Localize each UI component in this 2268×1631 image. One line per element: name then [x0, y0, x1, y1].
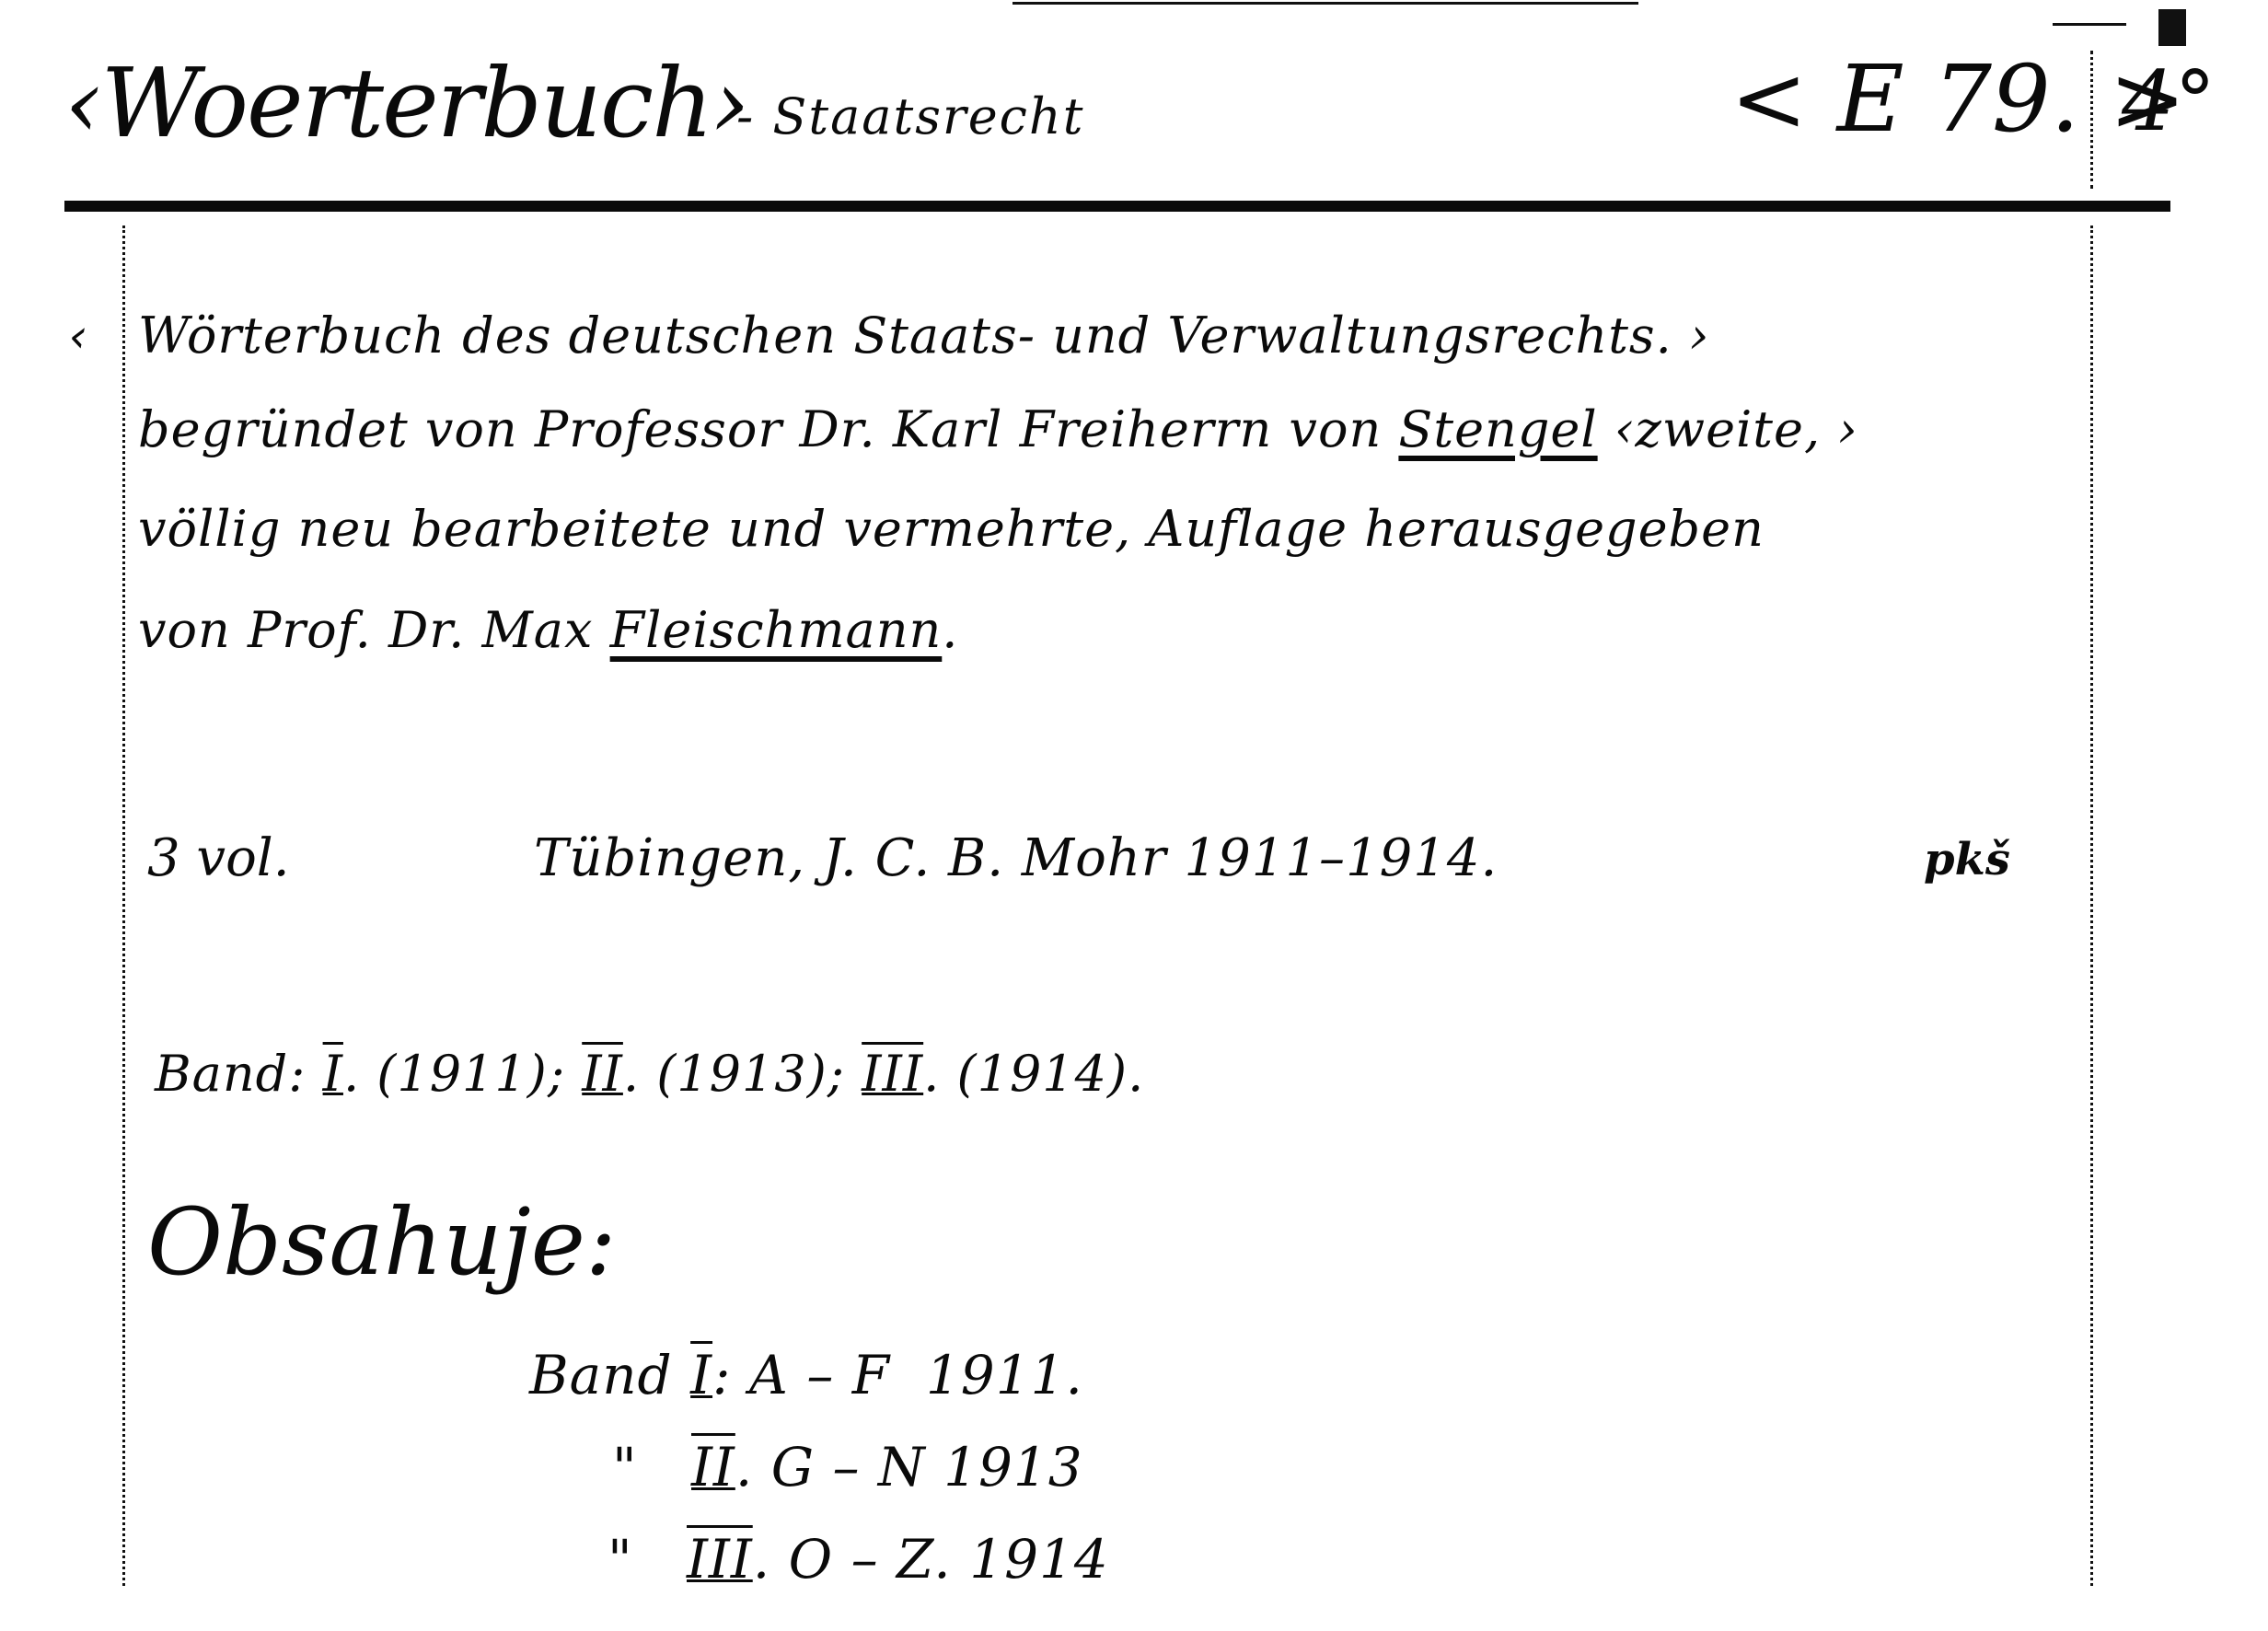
volume-list: Band: I. (1911); II. (1913); III. (1914)…	[155, 1049, 1144, 1099]
right-margin-line-top	[2090, 51, 2093, 189]
volume-numeral: III	[862, 1045, 923, 1103]
title-line-3: völlig neu bearbeitete und vermehrte, Au…	[138, 504, 1765, 554]
contents-entry: " II. G – N 1913	[612, 1440, 1083, 1494]
entry-numeral: II	[691, 1436, 735, 1498]
title-line-2: begründet von Professor Dr. Karl Freiher…	[138, 405, 1858, 455]
imprint: Tübingen, J. C. B. Mohr 1911–1914.	[534, 833, 1498, 885]
volume-numeral: I	[323, 1045, 343, 1103]
volume-year: (1913);	[656, 1045, 845, 1103]
contents-heading: Obsahuje:	[147, 1197, 617, 1289]
entry-prefix: "	[612, 1436, 638, 1498]
title-line-4-end: .	[942, 601, 958, 659]
left-margin-line	[122, 226, 125, 1586]
contents-entry: " III. O – Z. 1914	[607, 1533, 1109, 1586]
volume-year: (1911);	[376, 1045, 565, 1103]
title-line-4: von Prof. Dr. Max Fleischmann.	[138, 606, 958, 655]
card-heading: ‹Woerterbuch›	[64, 55, 748, 151]
entry-prefix: Band	[529, 1344, 673, 1406]
entry-prefix: "	[607, 1528, 633, 1591]
volume-numeral: II	[582, 1045, 623, 1103]
entry-range: . G – N	[735, 1436, 926, 1498]
editor-surname-underlined: Stengel	[1398, 400, 1597, 458]
catalog-card: ‹Woerterbuch› - Staatsrecht < E 79. > 4°…	[0, 0, 2268, 1631]
header-rule	[64, 201, 2170, 212]
title-line-2-text: begründet von Professor Dr. Karl Freiher…	[138, 400, 1382, 458]
volume-list-label: Band:	[155, 1045, 306, 1103]
entry-year: 1911.	[926, 1344, 1083, 1406]
entry-range: : A – F	[712, 1344, 890, 1406]
title-line-1: Wörterbuch des deutschen Staats- und Ver…	[138, 311, 1710, 361]
edition-note: ‹zweite, ›	[1598, 400, 1858, 458]
entry-year: 1914	[969, 1528, 1109, 1591]
editor-surname-underlined: Fleischmann	[610, 601, 943, 659]
shelfmark: < E 79. >	[1730, 53, 2186, 145]
contents-entry: Band I: A – F 1911.	[529, 1348, 1083, 1402]
entry-year: 1913	[943, 1436, 1083, 1498]
right-margin-line	[2090, 226, 2093, 1586]
scan-artifact	[1012, 2, 1638, 5]
format-size: 4°	[2122, 61, 2216, 144]
open-bracket-mark: ‹	[69, 313, 87, 359]
subject-heading: - Staatsrecht	[736, 92, 1084, 142]
scan-artifact	[2158, 9, 2186, 46]
cataloger-initials: pkš	[1924, 838, 2010, 882]
title-line-4-text: von Prof. Dr. Max	[138, 601, 593, 659]
volume-year: (1914).	[957, 1045, 1145, 1103]
entry-range: . O – Z.	[753, 1528, 952, 1591]
entry-numeral: I	[690, 1344, 712, 1406]
volume-count: 3 vol.	[147, 833, 290, 885]
scan-artifact	[2053, 23, 2126, 26]
entry-numeral: III	[687, 1528, 753, 1591]
